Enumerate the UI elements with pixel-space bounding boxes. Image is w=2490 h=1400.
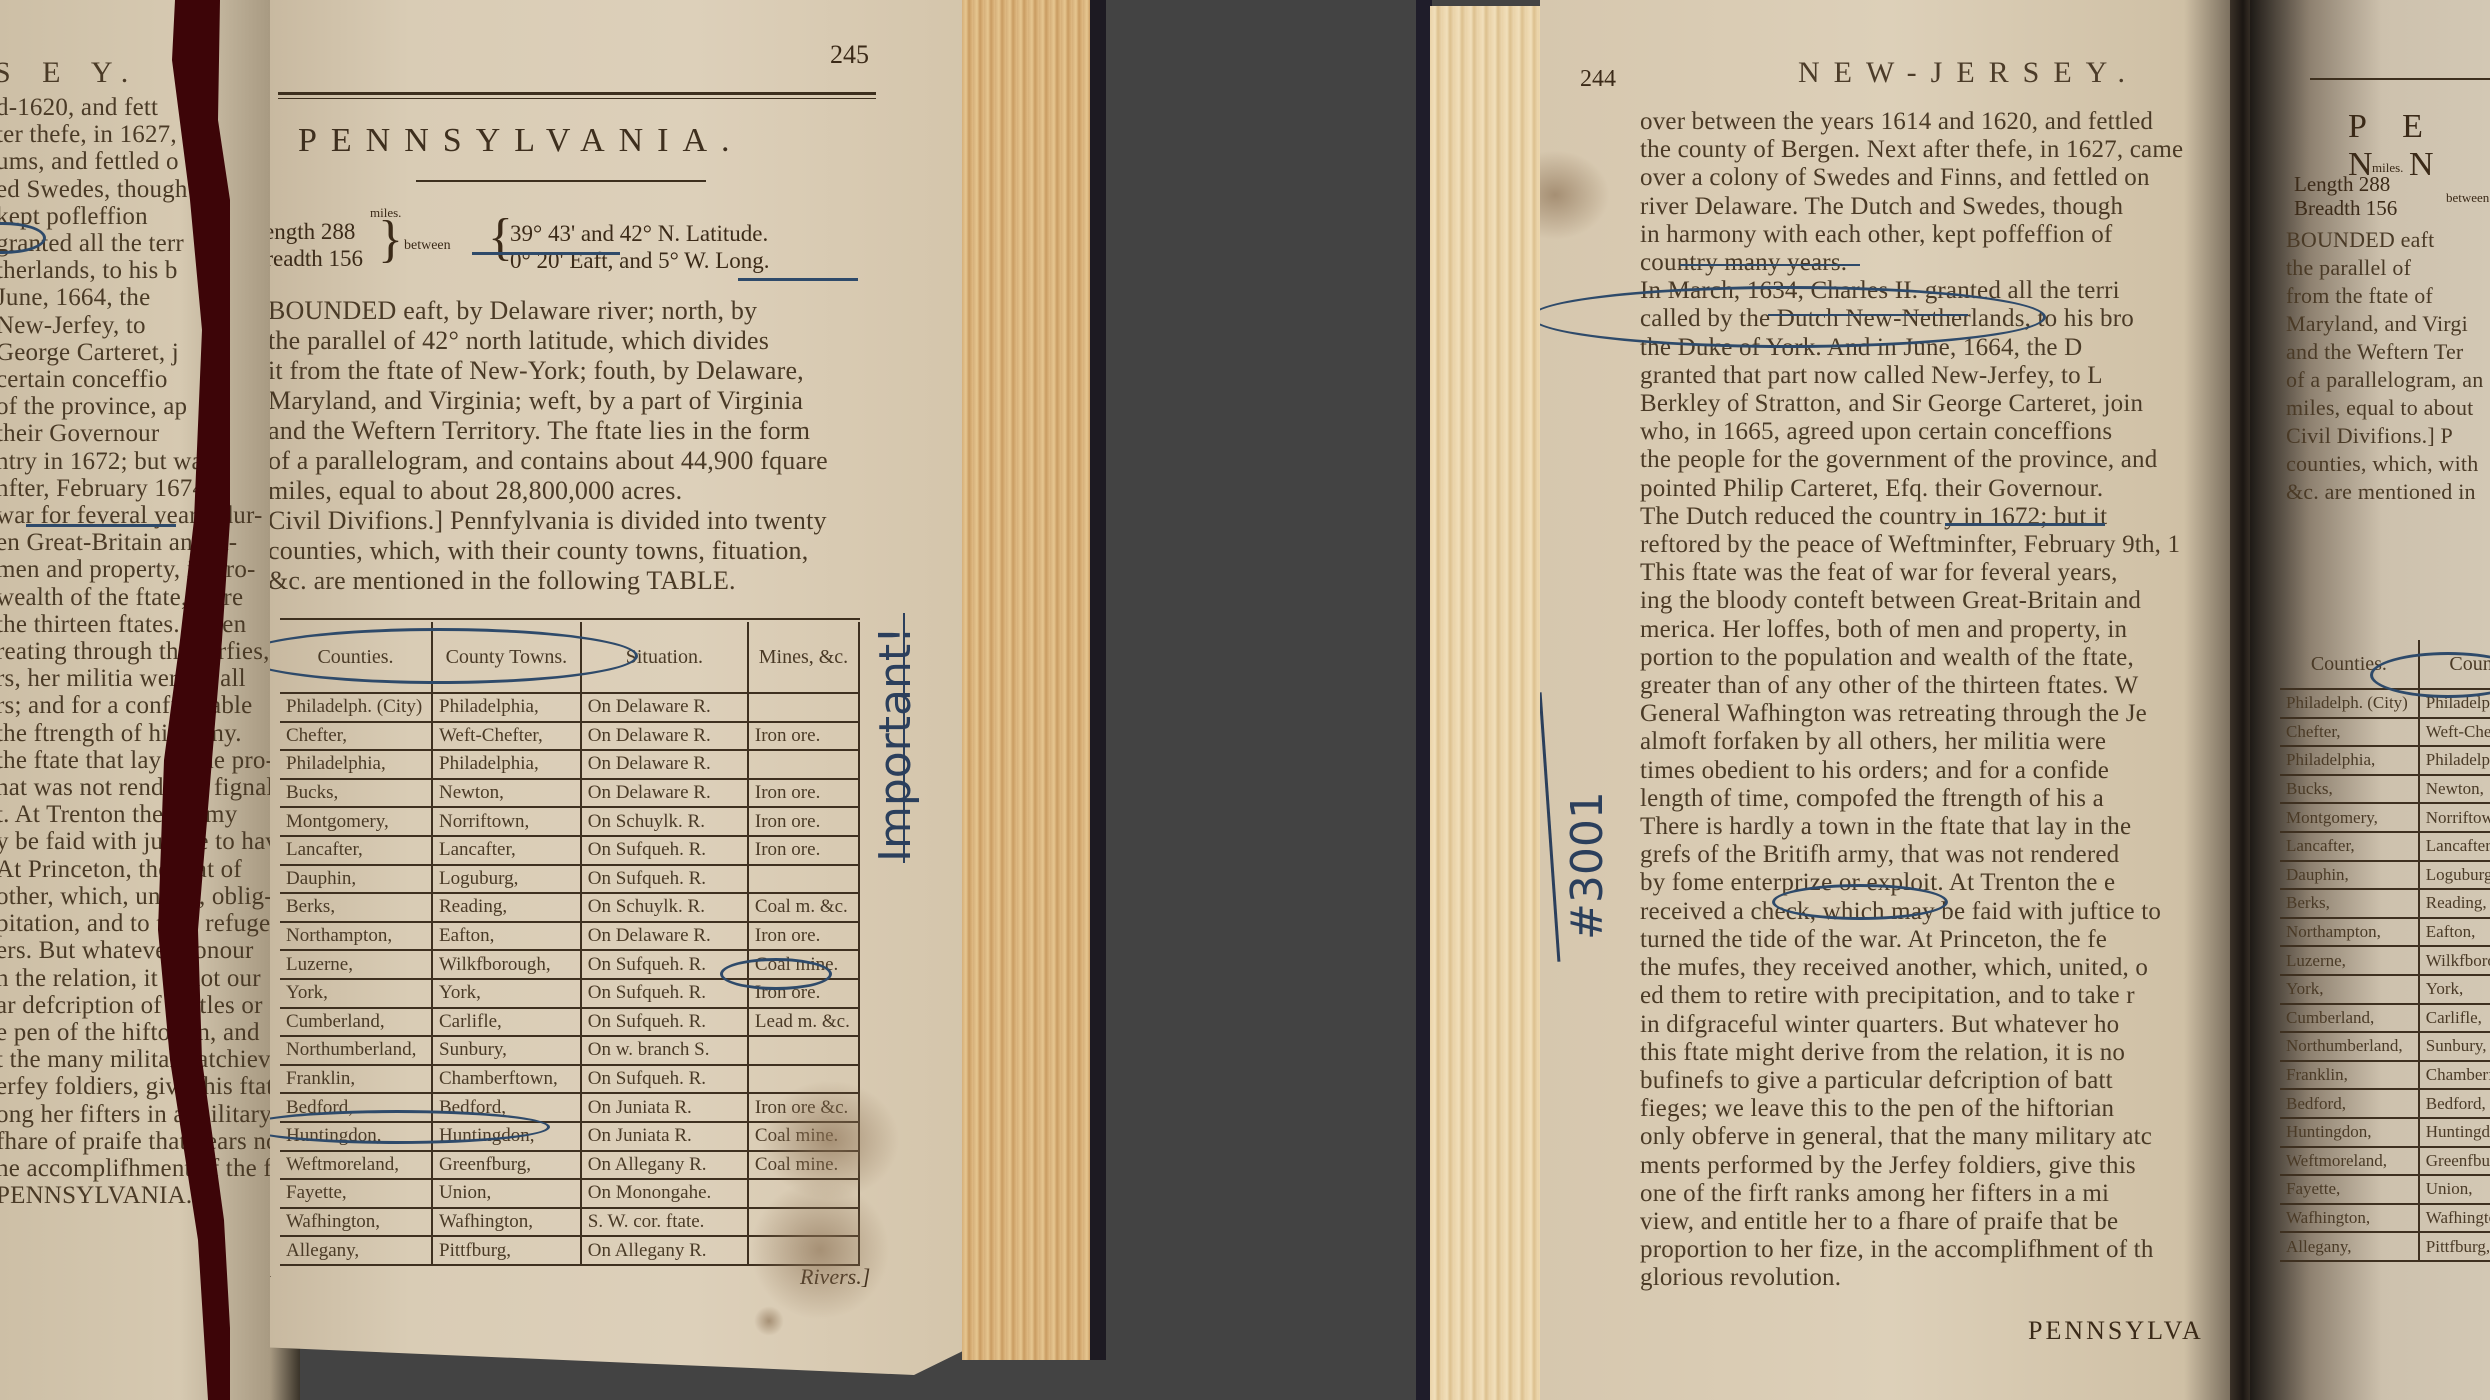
county-cell: Allegany, bbox=[280, 1236, 432, 1265]
table-row: Dauphin,Loguburg, bbox=[2280, 861, 2490, 890]
county-cell: Weftmoreland, bbox=[280, 1151, 432, 1180]
text-line: he accomplifhment of the fe bbox=[0, 1155, 291, 1182]
county-cell: Philadelph. (City) bbox=[2280, 689, 2419, 718]
table-row: Philadelphia,Philadelphia, bbox=[2280, 746, 2490, 775]
text-line: ter thefe, in 1627, bbox=[0, 121, 291, 148]
ink-circle-mark bbox=[720, 958, 832, 990]
page-title: PENNSYLVANIA. bbox=[298, 122, 744, 160]
table-row: Bucks,Newton, bbox=[2280, 775, 2490, 804]
situation-cell: On Schuylk. R. bbox=[581, 807, 748, 836]
mines-cell: Iron ore. bbox=[748, 779, 859, 808]
county-cell: Bucks, bbox=[280, 779, 432, 808]
text-line: pitation, and to take refuge bbox=[0, 910, 291, 937]
text-line: it from the ftate of New-York; fouth, by… bbox=[270, 356, 828, 386]
situation-cell: On Delaware R. bbox=[581, 750, 748, 779]
table-row: Northampton,Eafton, bbox=[2280, 918, 2490, 947]
table-row: Philadelph. (City)Philadelphia,On Delawa… bbox=[280, 693, 859, 722]
text-line: d-1620, and fett bbox=[0, 94, 291, 121]
table-row: Chefter,Weft-Chefter, bbox=[2280, 718, 2490, 747]
page-edge-right-book bbox=[1430, 6, 1540, 1400]
mines-cell: Iron ore. bbox=[748, 807, 859, 836]
partial-page-body: BOUNDED eaftthe parallel offrom the ftat… bbox=[2286, 226, 2483, 506]
text-line: New-Jerfey, to bbox=[0, 312, 291, 339]
town-cell: York, bbox=[2419, 975, 2490, 1004]
county-cell: Huntingdon, bbox=[2280, 1118, 2419, 1147]
latitude-text: 39° 43' and 42° N. Latitude. bbox=[510, 220, 770, 247]
table-row: Cumberland,Carlifle, bbox=[2280, 1004, 2490, 1033]
town-cell: Wafhington, bbox=[432, 1208, 581, 1237]
county-cell: York, bbox=[280, 979, 432, 1008]
text-line: who, in 1665, agreed upon certain concef… bbox=[1640, 418, 2183, 446]
table-row: Dauphin,Loguburg,On Sufqueh. R. bbox=[280, 865, 859, 894]
handwritten-note: Important! bbox=[870, 626, 921, 862]
text-line: rs; and for a confiderable bbox=[0, 692, 291, 719]
county-cell: Berks, bbox=[280, 893, 432, 922]
mines-cell bbox=[748, 1036, 859, 1065]
text-line: n the relation, it is not our bbox=[0, 965, 291, 992]
ink-strike-mark bbox=[1768, 314, 1968, 316]
table-row: Fayette,Union, bbox=[2280, 1175, 2490, 1204]
text-line: There is hardly a town in the ftate that… bbox=[1640, 813, 2183, 841]
text-line: miles, equal to about 28,800,000 acres. bbox=[270, 476, 828, 506]
text-line: greater than of any other of the thirtee… bbox=[1640, 672, 2183, 700]
partial-county-table: Counties. County Philadelph. (City)Phila… bbox=[2280, 640, 2490, 1262]
table-row: Bedford,Bedford, bbox=[2280, 1089, 2490, 1118]
county-cell: Franklin, bbox=[280, 1065, 432, 1094]
town-cell: Philadelphia, bbox=[2419, 746, 2490, 775]
situation-cell: On Delaware R. bbox=[581, 722, 748, 751]
town-cell: Eafton, bbox=[2419, 918, 2490, 947]
text-line: of a parallelogram, an bbox=[2286, 366, 2483, 394]
text-line: wealth of the ftate, were bbox=[0, 584, 291, 611]
table-row: Luzerne,Wilkfborough, bbox=[2280, 946, 2490, 975]
town-cell: Newton, bbox=[432, 779, 581, 808]
table-row: Northumberland,Sunbury, bbox=[2280, 1032, 2490, 1061]
ink-circle-charles bbox=[1540, 286, 2046, 348]
situation-cell: On Sufqueh. R. bbox=[581, 979, 748, 1008]
county-cell: Northumberland, bbox=[280, 1036, 432, 1065]
situation-cell: On Sufqueh. R. bbox=[581, 865, 748, 894]
ink-underline-governour bbox=[1945, 523, 2105, 526]
town-cell: Weft-Chefter, bbox=[432, 722, 581, 751]
text-line: reftored by the peace of Weftminfter, Fe… bbox=[1640, 531, 2183, 559]
text-line: merica. Her loffes, both of men and prop… bbox=[1640, 616, 2183, 644]
text-line: river Delaware. The Dutch and Swedes, th… bbox=[1640, 193, 2183, 221]
new-jersey-page: 244 NEW-JERSEY. over between the years 1… bbox=[1540, 0, 2240, 1400]
county-cell: Dauphin, bbox=[280, 865, 432, 894]
text-line: en Great-Britain and A- bbox=[0, 529, 291, 556]
text-line: General Wafhington was retreating throug… bbox=[1640, 700, 2183, 728]
text-line: their Governour bbox=[0, 420, 291, 447]
text-line: pointed Philip Carteret, Efq. their Gove… bbox=[1640, 475, 2183, 503]
length-label: Length 288 bbox=[270, 218, 363, 245]
text-line: ar defcription of battles or bbox=[0, 992, 291, 1019]
text-line: one of the firft ranks among her fifters… bbox=[1640, 1180, 2183, 1208]
county-cell: Wafhington, bbox=[280, 1208, 432, 1237]
county-cell: Northampton, bbox=[280, 922, 432, 951]
town-cell: Loguburg, bbox=[432, 865, 581, 894]
situation-cell: On Delaware R. bbox=[581, 922, 748, 951]
text-line: over between the years 1614 and 1620, an… bbox=[1640, 108, 2183, 136]
county-cell: Cumberland, bbox=[2280, 1004, 2419, 1033]
mines-cell: Iron ore. bbox=[748, 922, 859, 951]
text-line: only obferve in general, that the many m… bbox=[1640, 1123, 2183, 1151]
table-row: York,York, bbox=[2280, 975, 2490, 1004]
header-rule bbox=[278, 92, 876, 95]
county-cell: Luzerne, bbox=[2280, 946, 2419, 975]
between-label: between bbox=[404, 238, 451, 254]
situation-cell: On Delaware R. bbox=[581, 779, 748, 808]
table-row: Lancafter,Lancafter, bbox=[2280, 832, 2490, 861]
text-line: hat was not rendered fignal bbox=[0, 774, 291, 801]
text-line: the parallel of bbox=[2286, 254, 2483, 282]
text-line: ments performed by the Jerfey foldiers, … bbox=[1640, 1152, 2183, 1180]
table-row: Allegany,Pittfburg, bbox=[2280, 1232, 2490, 1261]
town-cell: Carlifle, bbox=[432, 1008, 581, 1037]
county-cell: Fayette, bbox=[280, 1179, 432, 1208]
right-partial-page: P E N N miles. Length 288 Breadth 156 be… bbox=[2250, 0, 2490, 1400]
situation-cell: On Delaware R. bbox=[581, 693, 748, 722]
text-line: &c. are mentioned in bbox=[2286, 478, 2483, 506]
between-label: between bbox=[2446, 190, 2489, 206]
page-number: 245 bbox=[830, 40, 869, 70]
town-cell: Lancafter, bbox=[432, 836, 581, 865]
table-row: Cumberland,Carlifle,On Sufqueh. R.Lead m… bbox=[280, 1008, 859, 1037]
text-line: Maryland, and Virginia; weft, by a part … bbox=[270, 386, 828, 416]
situation-cell: S. W. cor. ftate. bbox=[581, 1208, 748, 1237]
text-line: the mufes, they received another, which,… bbox=[1640, 954, 2183, 982]
text-line: portion to the population and wealth of … bbox=[1640, 644, 2183, 672]
text-line: certain conceffio bbox=[0, 366, 291, 393]
page-number: 244 bbox=[1580, 66, 1616, 93]
situation-cell: On Schuylk. R. bbox=[581, 893, 748, 922]
county-cell: York, bbox=[2280, 975, 2419, 1004]
ink-circle-british-army bbox=[1772, 884, 1948, 920]
town-cell: Chamberftown, bbox=[2419, 1061, 2490, 1090]
text-line: nfter, February 1674. bbox=[0, 475, 291, 502]
table-row: Franklin,Chamberftown,On Sufqueh. R. bbox=[280, 1065, 859, 1094]
mines-cell: Coal m. &c. bbox=[748, 893, 859, 922]
situation-cell: On Juniata R. bbox=[581, 1093, 748, 1122]
town-cell: Eafton, bbox=[432, 922, 581, 951]
text-line: therlands, to his b bbox=[0, 257, 291, 284]
page-edge-left-book bbox=[962, 0, 1102, 1360]
text-line: Civil Divifions.] Pennfylvania is divide… bbox=[270, 506, 828, 536]
text-line: &c. are mentioned in the following TABLE… bbox=[270, 566, 828, 596]
county-cell: Chefter, bbox=[2280, 718, 2419, 747]
town-cell: Huntingdon, bbox=[2419, 1118, 2490, 1147]
text-line: from the ftate of bbox=[2286, 282, 2483, 310]
table-row: Northumberland,Sunbury,On w. branch S. bbox=[280, 1036, 859, 1065]
situation-cell: On Sufqueh. R. bbox=[581, 1065, 748, 1094]
text-line: BOUNDED eaft bbox=[2286, 226, 2483, 254]
text-line: over a colony of Swedes and Finns, and f… bbox=[1640, 164, 2183, 192]
town-cell: Lancafter, bbox=[2419, 832, 2490, 861]
table-row: Berks,Reading, bbox=[2280, 889, 2490, 918]
town-cell: Union, bbox=[432, 1179, 581, 1208]
text-line: grefs of the Britifh army, that was not … bbox=[1640, 841, 2183, 869]
county-cell: Allegany, bbox=[2280, 1232, 2419, 1261]
mines-cell: Iron ore. bbox=[748, 836, 859, 865]
text-line: of the province, ap bbox=[0, 393, 291, 420]
situation-cell: On Sufqueh. R. bbox=[581, 836, 748, 865]
text-line: the ftrength of his army. bbox=[0, 720, 291, 747]
town-cell: Wafhington, bbox=[2419, 1204, 2490, 1233]
text-line: the parallel of 42° north latitude, whic… bbox=[270, 326, 828, 356]
situation-cell: On Allegany R. bbox=[581, 1236, 748, 1265]
handwritten-note: #3001 bbox=[1562, 791, 1613, 940]
table-row: Chefter,Weft-Chefter,On Delaware R.Iron … bbox=[280, 722, 859, 751]
situation-cell: On Sufqueh. R. bbox=[581, 1008, 748, 1037]
text-line: PENNSYLVANIA. bbox=[0, 1182, 291, 1209]
text-line: the people for the government of the pro… bbox=[1640, 446, 2183, 474]
situation-cell: On w. branch S. bbox=[581, 1036, 748, 1065]
county-cell: Franklin, bbox=[2280, 1061, 2419, 1090]
county-cell: Berks, bbox=[2280, 889, 2419, 918]
text-line: reating through the Jerfies, bbox=[0, 638, 291, 665]
town-cell: Greenfburg, bbox=[432, 1151, 581, 1180]
table-row: Montgomery,Norriftown,On Schuylk. R.Iron… bbox=[280, 807, 859, 836]
table-row: Montgomery,Norriftown, bbox=[2280, 803, 2490, 832]
ink-strike-mark bbox=[472, 252, 620, 255]
situation-cell: On Allegany R. bbox=[581, 1151, 748, 1180]
text-line: This ftate was the feat of war for fever… bbox=[1640, 559, 2183, 587]
text-line: June, 1664, the bbox=[0, 284, 291, 311]
text-line: view, and entitle her to a fhare of prai… bbox=[1640, 1208, 2183, 1236]
town-cell: Wilkfborough, bbox=[2419, 946, 2490, 975]
text-line: the ftate that lay in the pro- bbox=[0, 747, 291, 774]
town-cell: Carlifle, bbox=[2419, 1004, 2490, 1033]
text-line: counties, which, with their county towns… bbox=[270, 536, 828, 566]
ink-underline-mark bbox=[738, 278, 858, 281]
text-line: men and property, in pro- bbox=[0, 556, 291, 583]
table-row: Philadelphia,Philadelphia,On Delaware R. bbox=[280, 750, 859, 779]
page-body: over between the years 1614 and 1620, an… bbox=[1640, 108, 2183, 1293]
text-line: the county of Bergen. Next after thefe, … bbox=[1640, 136, 2183, 164]
text-line: miles, equal to about bbox=[2286, 394, 2483, 422]
table-top-rule bbox=[280, 618, 860, 620]
catchword: PENNSYLVA bbox=[2028, 1316, 2204, 1346]
book-cover-left bbox=[1090, 0, 1106, 1360]
text-line: the thirteen ftates. When bbox=[0, 611, 291, 638]
text-line: BOUNDED eaft, by Delaware river; north, … bbox=[270, 296, 828, 326]
text-line: fhare of praife that bears no bbox=[0, 1128, 291, 1155]
town-cell: Bedford, bbox=[2419, 1089, 2490, 1118]
town-cell: Reading, bbox=[432, 893, 581, 922]
text-line: Berkley of Stratton, and Sir George Cart… bbox=[1640, 390, 2183, 418]
text-line: turned the tide of the war. At Princeton… bbox=[1640, 926, 2183, 954]
town-cell: Norriftown, bbox=[2419, 803, 2490, 832]
text-line: other, which, united, oblig- bbox=[0, 883, 291, 910]
text-line: ong her fifters in a military bbox=[0, 1101, 291, 1128]
town-cell: Pittfburg, bbox=[2419, 1232, 2490, 1261]
text-line: in harmony with each other, kept poffeff… bbox=[1640, 221, 2183, 249]
county-cell: Weftmoreland, bbox=[2280, 1147, 2419, 1176]
county-cell: Dauphin, bbox=[2280, 861, 2419, 890]
county-cell: Luzerne, bbox=[280, 950, 432, 979]
table-row: Berks,Reading,On Schuylk. R.Coal m. &c. bbox=[280, 893, 859, 922]
breadth-label: Breadth 156 bbox=[2294, 196, 2397, 220]
town-cell: York, bbox=[432, 979, 581, 1008]
table-row: Bucks,Newton,On Delaware R.Iron ore. bbox=[280, 779, 859, 808]
town-cell: Pittfburg, bbox=[432, 1236, 581, 1265]
county-cell: Chefter, bbox=[280, 722, 432, 751]
text-line: ed Swedes, though bbox=[0, 176, 291, 203]
text-line: almoft forfaken by all others, her milit… bbox=[1640, 728, 2183, 756]
text-line: ed them to retire with precipitation, an… bbox=[1640, 982, 2183, 1010]
text-line: ntry in 1672; but was bbox=[0, 448, 291, 475]
text-line: length of time, compofed the ftrength of… bbox=[1640, 785, 2183, 813]
text-line: George Carteret, j bbox=[0, 339, 291, 366]
breadth-label: Breadth 156 bbox=[270, 245, 363, 272]
text-line: kept pofleffion bbox=[0, 203, 291, 230]
text-line: t the many military atchieve- bbox=[0, 1046, 291, 1073]
situation-cell: On Monongahe. bbox=[581, 1179, 748, 1208]
table-row: Franklin,Chamberftown, bbox=[2280, 1061, 2490, 1090]
county-cell: Northumberland, bbox=[2280, 1032, 2419, 1061]
county-cell: Northampton, bbox=[2280, 918, 2419, 947]
page-title: NEW-JERSEY. bbox=[1798, 56, 2139, 90]
table-row: Weftmoreland,Greenfburg, bbox=[2280, 1147, 2490, 1176]
town-cell: Weft-Chefter, bbox=[2419, 718, 2490, 747]
stain bbox=[750, 1180, 890, 1320]
town-cell: Newton, bbox=[2419, 775, 2490, 804]
town-cell: Wilkfborough, bbox=[432, 950, 581, 979]
town-cell: Chamberftown, bbox=[432, 1065, 581, 1094]
text-line: ums, and fettled o bbox=[0, 148, 291, 175]
town-cell: Greenfburg, bbox=[2419, 1147, 2490, 1176]
text-line: this ftate might derive from the relatio… bbox=[1640, 1039, 2183, 1067]
text-line: ers. But whatever honour bbox=[0, 937, 291, 964]
mines-cell bbox=[748, 693, 859, 722]
town-cell: Loguburg, bbox=[2419, 861, 2490, 890]
county-cell: Lancafter, bbox=[2280, 832, 2419, 861]
county-cell: Cumberland, bbox=[280, 1008, 432, 1037]
text-line: glorious revolution. bbox=[1640, 1264, 2183, 1292]
county-cell: Lancafter, bbox=[280, 836, 432, 865]
header-rule-thin bbox=[278, 98, 876, 99]
text-line: and the Weftern Ter bbox=[2286, 338, 2483, 366]
text-line: counties, which, with bbox=[2286, 450, 2483, 478]
town-cell: Reading, bbox=[2419, 889, 2490, 918]
text-line: e pen of the hiftorian, and bbox=[0, 1019, 291, 1046]
situation-cell: On Juniata R. bbox=[581, 1122, 748, 1151]
county-cell: Bucks, bbox=[2280, 775, 2419, 804]
col-header-mines: Mines, &c. bbox=[748, 622, 859, 693]
county-cell: Fayette, bbox=[2280, 1175, 2419, 1204]
text-line: granted that part now called New-Jerfey,… bbox=[1640, 362, 2183, 390]
text-line: y be faid with juftice to have bbox=[0, 828, 291, 855]
text-line: and the Weftern Territory. The ftate lie… bbox=[270, 416, 828, 446]
mines-cell: Iron ore. bbox=[748, 722, 859, 751]
partial-page-body: d-1620, and fettter thefe, in 1627,ums, … bbox=[0, 94, 291, 1209]
town-cell: Norriftown, bbox=[432, 807, 581, 836]
county-cell: Montgomery, bbox=[2280, 803, 2419, 832]
ink-strike-mark bbox=[1680, 264, 1860, 266]
town-cell: Sunbury, bbox=[432, 1036, 581, 1065]
mines-cell bbox=[748, 865, 859, 894]
text-line: proportion to her fize, in the accomplif… bbox=[1640, 1236, 2183, 1264]
county-cell: Montgomery, bbox=[280, 807, 432, 836]
header-rule bbox=[2310, 78, 2490, 80]
text-line: fieges; we leave this to the pen of the … bbox=[1640, 1095, 2183, 1123]
mines-cell: Lead m. &c. bbox=[748, 1008, 859, 1037]
mines-cell bbox=[748, 750, 859, 779]
text-line: The Dutch reduced the country in 1672; b… bbox=[1640, 503, 2183, 531]
text-line: erfey foldiers, give this ftate bbox=[0, 1073, 291, 1100]
stain bbox=[754, 1306, 784, 1336]
ink-vertical-mark bbox=[1540, 692, 1560, 962]
town-cell: Sunbury, bbox=[2419, 1032, 2490, 1061]
table-row: Northampton,Eafton,On Delaware R.Iron or… bbox=[280, 922, 859, 951]
table-row: Wafhington,Wafhington, bbox=[2280, 1204, 2490, 1233]
town-cell: Philadelphia, bbox=[432, 750, 581, 779]
county-cell: Philadelphia, bbox=[280, 750, 432, 779]
page-body: BOUNDED eaft, by Delaware river; north, … bbox=[270, 296, 828, 596]
text-line: in difgraceful winter quarters. But what… bbox=[1640, 1011, 2183, 1039]
stain bbox=[1540, 150, 1610, 240]
text-line: bufinefs to give a particular defcriptio… bbox=[1640, 1067, 2183, 1095]
county-cell: Philadelph. (City) bbox=[280, 693, 432, 722]
text-line: At Princeton, the feat of bbox=[0, 856, 291, 883]
county-cell: Wafhington, bbox=[2280, 1204, 2419, 1233]
pennsylvania-page: 245 PENNSYLVANIA. miles. Length 288 Brea… bbox=[270, 0, 970, 1375]
text-line: Maryland, and Virgi bbox=[2286, 310, 2483, 338]
table-row: Lancafter,Lancafter,On Sufqueh. R.Iron o… bbox=[280, 836, 859, 865]
county-cell: Bedford, bbox=[2280, 1089, 2419, 1118]
text-line: of a parallelogram, and contains about 4… bbox=[270, 446, 828, 476]
county-cell: Philadelphia, bbox=[2280, 746, 2419, 775]
text-line: ing the bloody conteft between Great-Bri… bbox=[1640, 587, 2183, 615]
text-line: t. At Trenton the enemy bbox=[0, 801, 291, 828]
partial-page-header: S E Y. bbox=[0, 56, 140, 90]
text-line: rs, her militia were at all bbox=[0, 665, 291, 692]
signature-mark: N bbox=[270, 1272, 271, 1299]
table-row: Huntingdon,Huntingdon, bbox=[2280, 1118, 2490, 1147]
town-cell: Union, bbox=[2419, 1175, 2490, 1204]
title-rule bbox=[416, 180, 706, 182]
length-label: Length 288 bbox=[2294, 172, 2397, 196]
ribbon-bookmark[interactable] bbox=[150, 0, 230, 1400]
text-line: times obedient to his orders; and for a … bbox=[1640, 757, 2183, 785]
text-line: Civil Divifions.] P bbox=[2286, 422, 2483, 450]
town-cell: Philadelphia, bbox=[432, 693, 581, 722]
